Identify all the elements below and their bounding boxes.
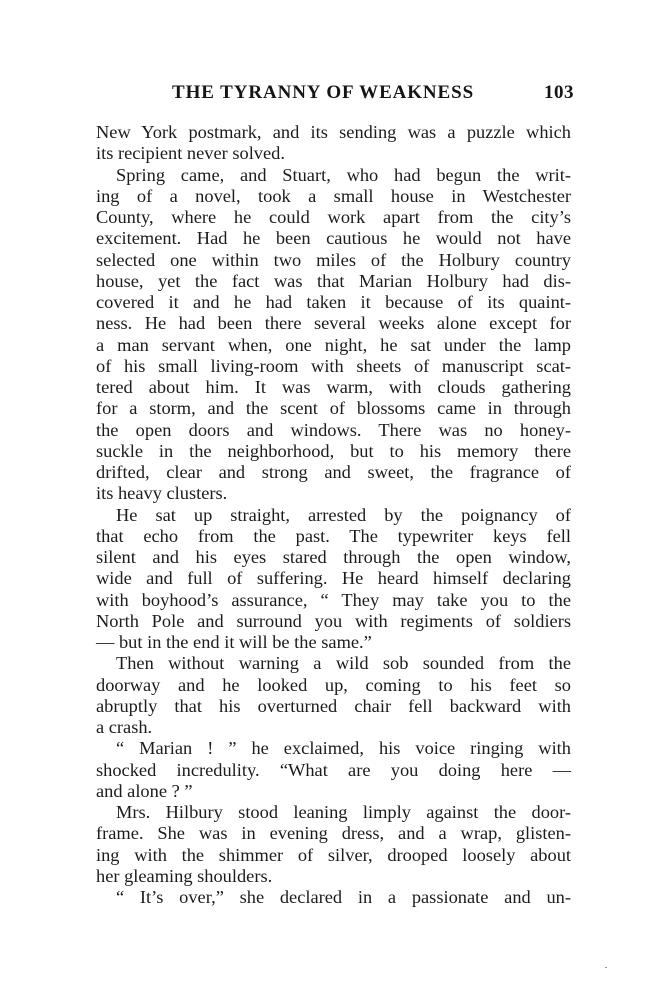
- text-line: her gleaming shoulders.: [96, 866, 571, 887]
- text-line: suckle in the neighborhood, but to his m…: [96, 441, 571, 462]
- text-line: Spring came, and Stuart, who had begun t…: [96, 165, 571, 186]
- text-line: County, where he could work apart from t…: [96, 207, 571, 228]
- text-line: ing with the shimmer of silver, drooped …: [96, 845, 571, 866]
- text-line: and alone ? ”: [96, 781, 571, 802]
- text-line: doorway and he looked up, coming to his …: [96, 675, 571, 696]
- text-line: drifted, clear and strong and sweet, the…: [96, 462, 571, 483]
- running-head: THE TYRANNY OF WEAKNESS 103: [172, 82, 574, 108]
- text-line: Then without warning a wild sob sounded …: [96, 653, 571, 674]
- text-line: with boyhood’s assurance, “ They may tak…: [96, 590, 571, 611]
- book-page: THE TYRANNY OF WEAKNESS 103 New York pos…: [0, 0, 664, 1000]
- text-line: wide and full of suffering. He heard him…: [96, 568, 571, 589]
- text-line: He sat up straight, arrested by the poig…: [96, 505, 571, 526]
- text-line: its heavy clusters.: [96, 483, 571, 504]
- text-line: “ It’s over,” she declared in a passiona…: [96, 887, 571, 908]
- text-line: — but in the end it will be the same.”: [96, 632, 571, 653]
- text-line: shocked incredulity. “What are you doing…: [96, 760, 571, 781]
- page-number: 103: [544, 82, 574, 104]
- text-line: ing of a novel, took a small house in We…: [96, 186, 571, 207]
- text-line: Mrs. Hilbury stood leaning limply agains…: [96, 802, 571, 823]
- text-line: ness. He had been there several weeks al…: [96, 313, 571, 334]
- body-text: New York postmark, and its sending was a…: [96, 122, 571, 908]
- scan-speck: [605, 967, 607, 968]
- text-line: a crash.: [96, 717, 571, 738]
- text-line: New York postmark, and its sending was a…: [96, 122, 571, 143]
- text-line: excitement. Had he been cautious he woul…: [96, 228, 571, 249]
- text-line: silent and his eyes stared through the o…: [96, 547, 571, 568]
- text-line: that echo from the past. The typewriter …: [96, 526, 571, 547]
- text-line: abruptly that his overturned chair fell …: [96, 696, 571, 717]
- text-line: frame. She was in evening dress, and a w…: [96, 823, 571, 844]
- text-line: the open doors and windows. There was no…: [96, 420, 571, 441]
- text-line: North Pole and surround you with regimen…: [96, 611, 571, 632]
- text-line: selected one within two miles of the Hol…: [96, 250, 571, 271]
- text-line: house, yet the fact was that Marian Holb…: [96, 271, 571, 292]
- text-line: tered about him. It was warm, with cloud…: [96, 377, 571, 398]
- text-line: of his small living-room with sheets of …: [96, 356, 571, 377]
- text-line: “ Marian ! ” he exclaimed, his voice rin…: [96, 738, 571, 759]
- text-line: its recipient never solved.: [96, 143, 571, 164]
- text-line: covered it and he had taken it because o…: [96, 292, 571, 313]
- text-line: a man servant when, one night, he sat un…: [96, 335, 571, 356]
- running-head-title: THE TYRANNY OF WEAKNESS: [172, 82, 474, 104]
- text-line: for a storm, and the scent of blossoms c…: [96, 398, 571, 419]
